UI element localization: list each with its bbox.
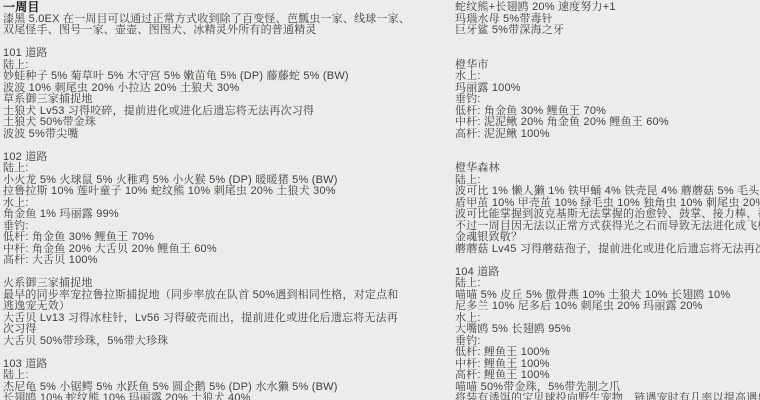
right-column-text-line-31: 低杆: 鲤鱼王 100% [455, 347, 760, 359]
left-column-text-line-25: 火系御三家捕捉地 [3, 278, 410, 290]
left-column-text-line-4 [3, 37, 410, 49]
right-column-text-line-27: 尼多兰 10% 尼多后 10% 刺尾虫 20% 玛丽露 20% [455, 301, 760, 313]
left-column-text-line-1: 一周目 [3, 2, 410, 14]
left-column-text-line-13 [3, 140, 410, 152]
left-column-text-line-33: 陆上: [3, 370, 410, 382]
left-column-text-line-12: 波波 5%带尖嘴 [3, 129, 410, 141]
left-column: 一周目漆黑 5.0EX 在一周目可以通过正常方式收到除了百变怪、芭瓢虫一家、线球… [3, 2, 410, 400]
left-column-text-line-7: 妙蛙种子 5% 菊草叶 5% 木守宫 5% 嫩苗龟 5% (DP) 藤藤蛇 5%… [3, 71, 410, 83]
left-column-text-line-19: 角金鱼 1% 玛丽露 99% [3, 209, 410, 221]
right-column-text-line-22: 蘑蘑菇 Lv45 习得蘑菇孢子，提前进化或进化后遗忘将无法再次习得 [455, 244, 760, 256]
left-column-text-line-21: 低杆: 角金鱼 30% 鲤鱼王 70% [3, 232, 410, 244]
right-column-text-line-9: 垂钓: [455, 94, 760, 106]
left-column-text-line-15: 陆上: [3, 163, 410, 175]
left-column-text-line-31 [3, 347, 410, 359]
right-column-text-line-35: 将装有诱饵的宝贝球投向野生宠物，链遇宠时有几率以提高遇兽率 50% [455, 393, 760, 400]
left-column-text-line-29: 次习得 [3, 324, 410, 336]
right-column-text-line-4 [455, 37, 760, 49]
right-column-text-line-12: 高杆: 泥泥鳅 100% [455, 129, 760, 141]
left-column-text-line-35: 长翅鸥 10% 蛇纹熊 10% 玛丽露 20% 土狼犬 40% [3, 393, 410, 400]
left-column-text-line-5: 101 道路 [3, 48, 410, 60]
left-column-text-line-32: 103 道路 [3, 359, 410, 371]
right-column-text-line-5 [455, 48, 760, 60]
left-column-text-line-30: 大舌贝 50%带珍珠，5%带大珍珠 [3, 336, 410, 348]
right-column-text-line-11: 中杆: 泥泥鳅 20% 角金鱼 20% 鲤鱼王 60% [455, 117, 760, 129]
left-column-text-line-27: 逃逸宠无效） [3, 301, 410, 313]
right-column-text-line-6: 橙华市 [455, 60, 760, 72]
right-column-text-line-17: 波可比 1% 懒人獭 1% 铁甲蛹 4% 铁壳昆 4% 蘑蘑菇 5% 毛头小鹰 … [455, 186, 760, 198]
right-column-text-line-14 [455, 152, 760, 164]
left-column-text-line-28: 大舌贝 Lv13 习得冰柱针，Lv56 习得破壳而出，提前进化或进化后遗忘将无法… [3, 313, 410, 325]
right-column-text-line-33: 高杆: 鲤鱼王 100% [455, 370, 760, 382]
right-column: 蛇纹熊+长翅鸥 20% 速度努力+1玛瑙水母 5%带毒针巨牙鲨 5%带深海之牙 … [455, 2, 760, 400]
right-column-text-line-25: 陆上: [455, 278, 760, 290]
right-column-text-line-19: 波可比能掌握到波克基斯无法掌握的治愈铃、鼓掌、接力棒、神通力、阴谋等， [455, 209, 760, 221]
right-column-text-line-23 [455, 255, 760, 267]
right-column-text-line-13 [455, 140, 760, 152]
right-column-text-line-1: 蛇纹熊+长翅鸥 20% 速度努力+1 [455, 2, 760, 14]
left-column-text-line-11: 土狼犬 50%带金珠 [3, 117, 410, 129]
left-column-text-line-9: 草系御三家捕捉地 [3, 94, 410, 106]
left-column-text-line-17: 拉鲁拉斯 10% 莲叶童子 10% 蛇纹熊 10% 刺尾虫 20% 土狼犬 30… [3, 186, 410, 198]
guide-page: 一周目漆黑 5.0EX 在一周目可以通过正常方式收到除了百变怪、芭瓢虫一家、线球… [0, 0, 760, 400]
right-column-text-line-8: 玛丽露 100% [455, 83, 760, 95]
right-column-text-line-3: 巨牙鲨 5%带深海之牙 [455, 25, 760, 37]
left-column-text-line-23: 高杆: 大舌贝 100% [3, 255, 410, 267]
right-column-text-line-24: 104 道路 [455, 267, 760, 279]
left-column-text-line-3: 双尾怪手、图号一家、壶壶、图图犬、冰精灵外所有的普通精灵 [3, 25, 410, 37]
right-column-text-line-29: 大嘴鸥 5% 长翅鸥 95% [455, 324, 760, 336]
right-column-text-line-15: 橙华森林 [455, 163, 760, 175]
right-column-text-line-7: 水上: [455, 71, 760, 83]
left-column-text-line-14: 102 道路 [3, 152, 410, 164]
right-column-text-line-21: 金魂银致敬？ [455, 232, 760, 244]
